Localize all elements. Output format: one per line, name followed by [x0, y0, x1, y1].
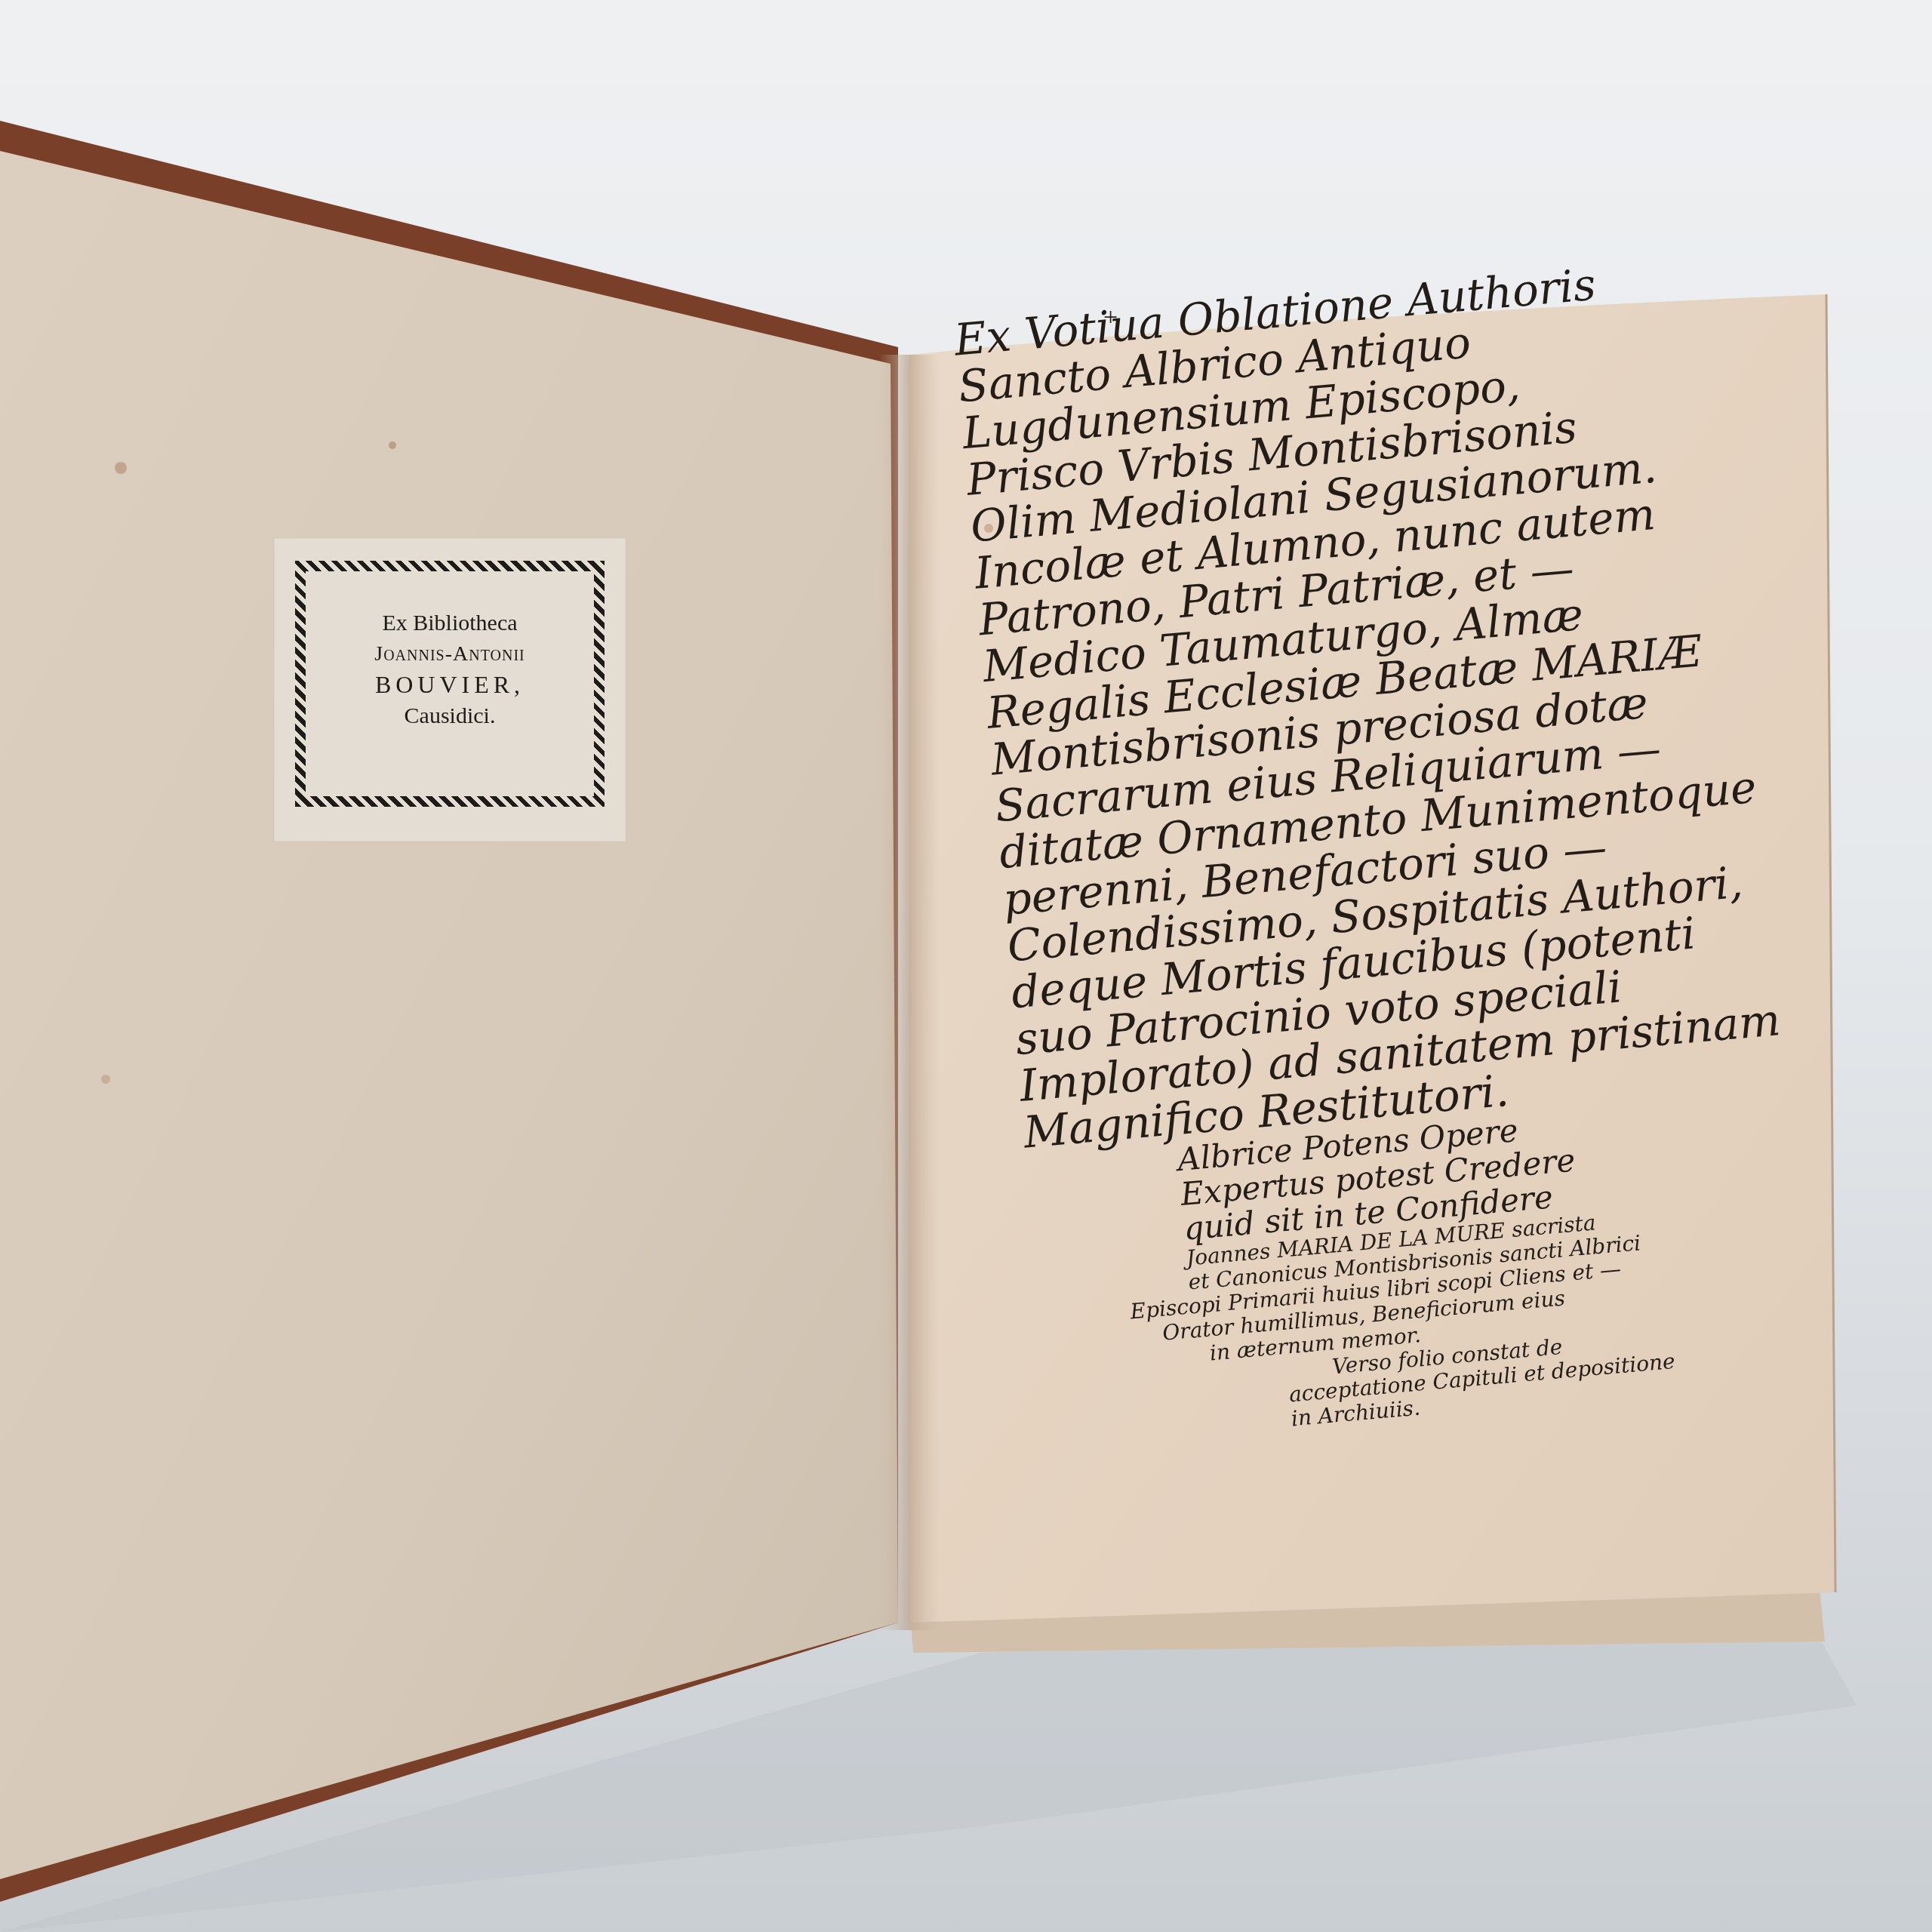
bookplate-line-1: Ex Bibliotheca [319, 608, 580, 638]
bookplate-text: Ex Bibliotheca Joannis-Antonii BOUVIER, … [319, 608, 580, 731]
bookplate-owner-name: BOUVIER, [319, 669, 580, 700]
handwritten-dedication: Ex Votiua Oblatione Authoris Sancto Albr… [952, 242, 1909, 1453]
photo-scene: Ex Bibliotheca Joannis-Antonii BOUVIER, … [0, 0, 1932, 1932]
bookplate-line-2: Joannis-Antonii [319, 638, 580, 669]
bookplate: Ex Bibliotheca Joannis-Antonii BOUVIER, … [273, 537, 626, 842]
left-pastedown [0, 151, 898, 1879]
bookplate-line-4: Causidici. [319, 700, 580, 731]
